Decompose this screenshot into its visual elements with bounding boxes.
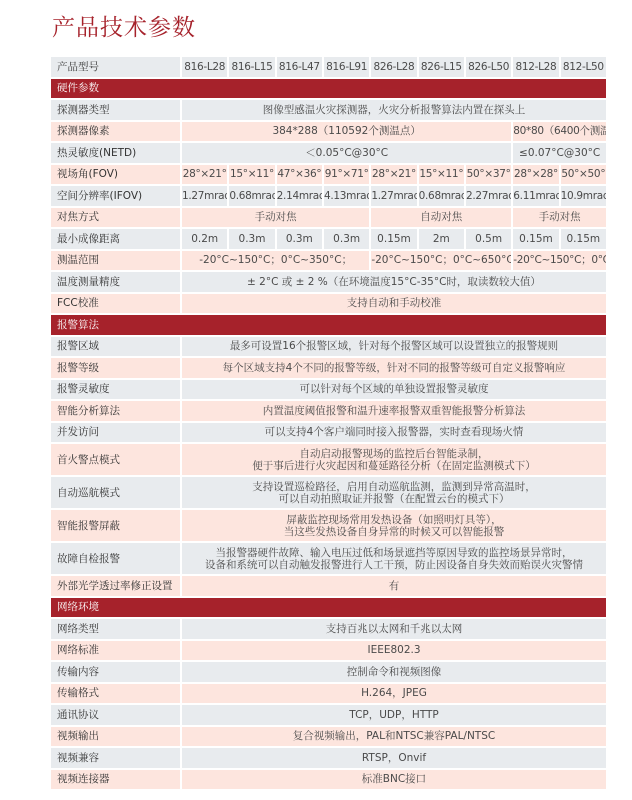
spec-label: 探测器像素	[51, 122, 180, 142]
header-row: 产品型号 816-L28816-L15816-L47816-L91826-L28…	[51, 57, 606, 77]
spec-value: 15°×11°	[229, 165, 274, 185]
spec-value: 0.68mrad	[419, 186, 464, 206]
spec-value: 1.27mrad	[182, 186, 227, 206]
spec-label: 网络标准	[51, 641, 180, 661]
spec-row: 视频连接器标准BNC接口	[51, 770, 606, 790]
spec-value-line: 设备和系统可以自动触发报警进行人工干预，防止因设备自身失效而贻误火灾警情	[182, 559, 606, 571]
spec-label: FCC校准	[51, 294, 180, 314]
spec-label: 外部光学透过率修正设置	[51, 576, 180, 596]
spec-label: 报警等级	[51, 358, 180, 378]
spec-row: 热灵敏度(NETD)＜0.05°C@30°C≤0.07°C@30°C	[51, 143, 606, 163]
spec-value: 最多可设置16个报警区域，针对每个报警区域可以设置独立的报警规则	[182, 337, 606, 357]
spec-row: 对焦方式手动对焦自动对焦手动对焦	[51, 208, 606, 228]
spec-value: 10.9mrad	[561, 186, 606, 206]
spec-row: 报警灵敏度可以针对每个区域的单独设置报警灵敏度	[51, 380, 606, 400]
spec-value-line: 自动启动报警现场的监控后台智能录制，	[182, 448, 606, 460]
spec-value: 0.68mrad	[229, 186, 274, 206]
spec-value: 控制命令和视频图像	[182, 662, 606, 682]
model-column-header: 816-L91	[324, 57, 369, 77]
spec-label: 视场角(FOV)	[51, 165, 180, 185]
spec-value: 0.3m	[229, 229, 274, 249]
spec-label: 最小成像距离	[51, 229, 180, 249]
spec-value: 2.27mrad	[466, 186, 511, 206]
spec-label: 传输格式	[51, 684, 180, 704]
spec-row: 传输内容控制命令和视频图像	[51, 662, 606, 682]
page-title: 产品技术参数	[52, 14, 196, 42]
spec-row: FCC校准支持自动和手动校准	[51, 294, 606, 314]
spec-value-line: 可以自动拍照取证并报警（在配置云台的模式下）	[182, 493, 606, 505]
spec-row: 探测器像素384*288（110592个测温点）80*80（6400个测温点）	[51, 122, 606, 142]
spec-row: 探测器类型图像型感温火灾探测器，火灾分析报警算法内置在探头上	[51, 100, 606, 120]
spec-row: 外部光学透过率修正设置有	[51, 576, 606, 596]
spec-value-line: 便于事后进行火灾起因和蔓延路径分析（在固定监测模式下）	[182, 460, 606, 472]
section-title: 硬件参数	[51, 79, 606, 99]
spec-value: TCP，UDP，HTTP	[182, 705, 606, 725]
spec-row: 首火警点模式自动启动报警现场的监控后台智能录制，便于事后进行火灾起因和蔓延路径分…	[51, 444, 606, 475]
spec-label: 智能分析算法	[51, 401, 180, 421]
spec-value: 384*288（110592个测温点）	[182, 122, 511, 142]
spec-value: 有	[182, 576, 606, 596]
spec-table-body: 产品型号 816-L28816-L15816-L47816-L91826-L28…	[51, 57, 606, 789]
spec-label: 报警灵敏度	[51, 380, 180, 400]
section-header: 报警算法	[51, 315, 606, 335]
spec-label: 视频输出	[51, 727, 180, 747]
spec-value: 15°×11°	[419, 165, 464, 185]
spec-label: 探测器类型	[51, 100, 180, 120]
spec-row: 智能报警屏蔽屏蔽监控现场常用发热设备（如照明灯具等），当这些发热设备自身异常的时…	[51, 510, 606, 541]
spec-value: 内置温度阈值报警和温升速率报警双重智能报警分析算法	[182, 401, 606, 421]
spec-row: 通讯协议TCP，UDP，HTTP	[51, 705, 606, 725]
spec-row: 网络标准IEEE802.3	[51, 641, 606, 661]
spec-value: -20°C~150°C；0°C~350°C；	[182, 251, 369, 271]
spec-row: 视频输出复合视频输出，PAL和NTSC兼容PAL/NTSC	[51, 727, 606, 747]
spec-label: 智能报警屏蔽	[51, 510, 180, 541]
section-title: 报警算法	[51, 315, 606, 335]
spec-row: 报警区域最多可设置16个报警区域，针对每个报警区域可以设置独立的报警规则	[51, 337, 606, 357]
spec-value: 每个区域支持4个不同的报警等级，针对不同的报警等级可自定义报警响应	[182, 358, 606, 378]
spec-value: 0.3m	[324, 229, 369, 249]
spec-row: 网络类型支持百兆以太网和千兆以太网	[51, 619, 606, 639]
model-column-header: 816-L47	[277, 57, 322, 77]
model-column-header: 826-L15	[419, 57, 464, 77]
spec-value: 28°×28°	[513, 165, 558, 185]
spec-label: 对焦方式	[51, 208, 180, 228]
section-title: 网络环境	[51, 598, 606, 618]
spec-value: 手动对焦	[182, 208, 369, 228]
spec-label: 报警区域	[51, 337, 180, 357]
spec-label: 温度测量精度	[51, 272, 180, 292]
section-header: 网络环境	[51, 598, 606, 618]
spec-value: 28°×21°	[371, 165, 416, 185]
spec-value: 80*80（6400个测温点）	[513, 122, 606, 142]
spec-row: 空间分辨率(IFOV)1.27mrad0.68mrad2.14mrad4.13m…	[51, 186, 606, 206]
spec-value: 1.27mrad	[371, 186, 416, 206]
model-column-header: 826-L28	[371, 57, 416, 77]
spec-value: 可以针对每个区域的单独设置报警灵敏度	[182, 380, 606, 400]
spec-value: 自动对焦	[371, 208, 511, 228]
spec-label: 通讯协议	[51, 705, 180, 725]
spec-row: 视频兼容RTSP，Onvif	[51, 748, 606, 768]
spec-value: 复合视频输出，PAL和NTSC兼容PAL/NTSC	[182, 727, 606, 747]
spec-row: 智能分析算法内置温度阈值报警和温升速率报警双重智能报警分析算法	[51, 401, 606, 421]
spec-row: 最小成像距离0.2m0.3m0.3m0.3m0.15m2m0.5m0.15m0.…	[51, 229, 606, 249]
spec-label: 首火警点模式	[51, 444, 180, 475]
spec-row: 温度测量精度± 2°C 或 ± 2 %（在环境温度15°C-35°C时，取读数较…	[51, 272, 606, 292]
spec-row: 报警等级每个区域支持4个不同的报警等级，针对不同的报警等级可自定义报警响应	[51, 358, 606, 378]
spec-value: 0.15m	[561, 229, 606, 249]
spec-value: 0.5m	[466, 229, 511, 249]
spec-value: 可以支持4个客户端同时接入报警器，实时查看现场火情	[182, 423, 606, 443]
spec-value-line: 当这些发热设备自身异常的时候又可以智能报警	[182, 526, 606, 538]
model-column-header: 812-L28	[513, 57, 558, 77]
spec-value: 2.14mrad	[277, 186, 322, 206]
spec-value: 50°×50°	[561, 165, 606, 185]
spec-value: ± 2°C 或 ± 2 %（在环境温度15°C-35°C时，取读数较大值）	[182, 272, 606, 292]
spec-value: -20°C~150°C；0°C~650°C	[371, 251, 511, 271]
spec-value: 50°×37°	[466, 165, 511, 185]
spec-label: 传输内容	[51, 662, 180, 682]
header-label: 产品型号	[51, 57, 180, 77]
spec-label: 自动巡航模式	[51, 477, 180, 508]
spec-value: 0.15m	[371, 229, 416, 249]
spec-value-line: 支持设置巡检路径，启用自动巡航监测，监测到异常高温时，	[182, 481, 606, 493]
spec-label: 热灵敏度(NETD)	[51, 143, 180, 163]
spec-row: 故障自检报警当报警器硬件故障、输入电压过低和场景遮挡等原因导致的监控场景异常时，…	[51, 543, 606, 574]
spec-row: 传输格式H.264，JPEG	[51, 684, 606, 704]
spec-label: 故障自检报警	[51, 543, 180, 574]
spec-label: 并发访问	[51, 423, 180, 443]
spec-value: 手动对焦	[513, 208, 606, 228]
spec-value: 图像型感温火灾探测器，火灾分析报警算法内置在探头上	[182, 100, 606, 120]
spec-value: 47°×36°	[277, 165, 322, 185]
spec-value: -20°C~150°C；0°C~350°C	[513, 251, 606, 271]
section-header: 硬件参数	[51, 79, 606, 99]
spec-value: 28°×21°	[182, 165, 227, 185]
spec-value: 0.15m	[513, 229, 558, 249]
spec-table: 产品型号 816-L28816-L15816-L47816-L91826-L28…	[49, 55, 608, 791]
spec-value: ≤0.07°C@30°C	[513, 143, 606, 163]
spec-label: 视频连接器	[51, 770, 180, 790]
spec-value: 支持设置巡检路径，启用自动巡航监测，监测到异常高温时，可以自动拍照取证并报警（在…	[182, 477, 606, 508]
model-column-header: 826-L50	[466, 57, 511, 77]
spec-value: RTSP，Onvif	[182, 748, 606, 768]
spec-value: H.264，JPEG	[182, 684, 606, 704]
spec-value: 屏蔽监控现场常用发热设备（如照明灯具等），当这些发热设备自身异常的时候又可以智能…	[182, 510, 606, 541]
spec-value: 6.11mrad	[513, 186, 558, 206]
spec-value-line: 当报警器硬件故障、输入电压过低和场景遮挡等原因导致的监控场景异常时，	[182, 547, 606, 559]
model-column-header: 812-L50	[561, 57, 606, 77]
model-column-header: 816-L28	[182, 57, 227, 77]
spec-label: 空间分辨率(IFOV)	[51, 186, 180, 206]
spec-label: 测温范围	[51, 251, 180, 271]
model-column-header: 816-L15	[229, 57, 274, 77]
spec-value: IEEE802.3	[182, 641, 606, 661]
spec-value: 支持百兆以太网和千兆以太网	[182, 619, 606, 639]
spec-value: ＜0.05°C@30°C	[182, 143, 511, 163]
spec-value: 当报警器硬件故障、输入电压过低和场景遮挡等原因导致的监控场景异常时，设备和系统可…	[182, 543, 606, 574]
spec-value: 标准BNC接口	[182, 770, 606, 790]
spec-row: 并发访问可以支持4个客户端同时接入报警器，实时查看现场火情	[51, 423, 606, 443]
spec-value: 自动启动报警现场的监控后台智能录制，便于事后进行火灾起因和蔓延路径分析（在固定监…	[182, 444, 606, 475]
spec-value: 0.3m	[277, 229, 322, 249]
spec-row: 自动巡航模式支持设置巡检路径，启用自动巡航监测，监测到异常高温时，可以自动拍照取…	[51, 477, 606, 508]
spec-label: 视频兼容	[51, 748, 180, 768]
spec-value: 4.13mrad	[324, 186, 369, 206]
spec-label: 网络类型	[51, 619, 180, 639]
spec-value: 支持自动和手动校准	[182, 294, 606, 314]
spec-value-line: 屏蔽监控现场常用发热设备（如照明灯具等），	[182, 514, 606, 526]
spec-value: 91°×71°	[324, 165, 369, 185]
spec-row: 视场角(FOV)28°×21°15°×11°47°×36°91°×71°28°×…	[51, 165, 606, 185]
spec-value: 2m	[419, 229, 464, 249]
spec-value: 0.2m	[182, 229, 227, 249]
spec-row: 测温范围-20°C~150°C；0°C~350°C；-20°C~150°C；0°…	[51, 251, 606, 271]
